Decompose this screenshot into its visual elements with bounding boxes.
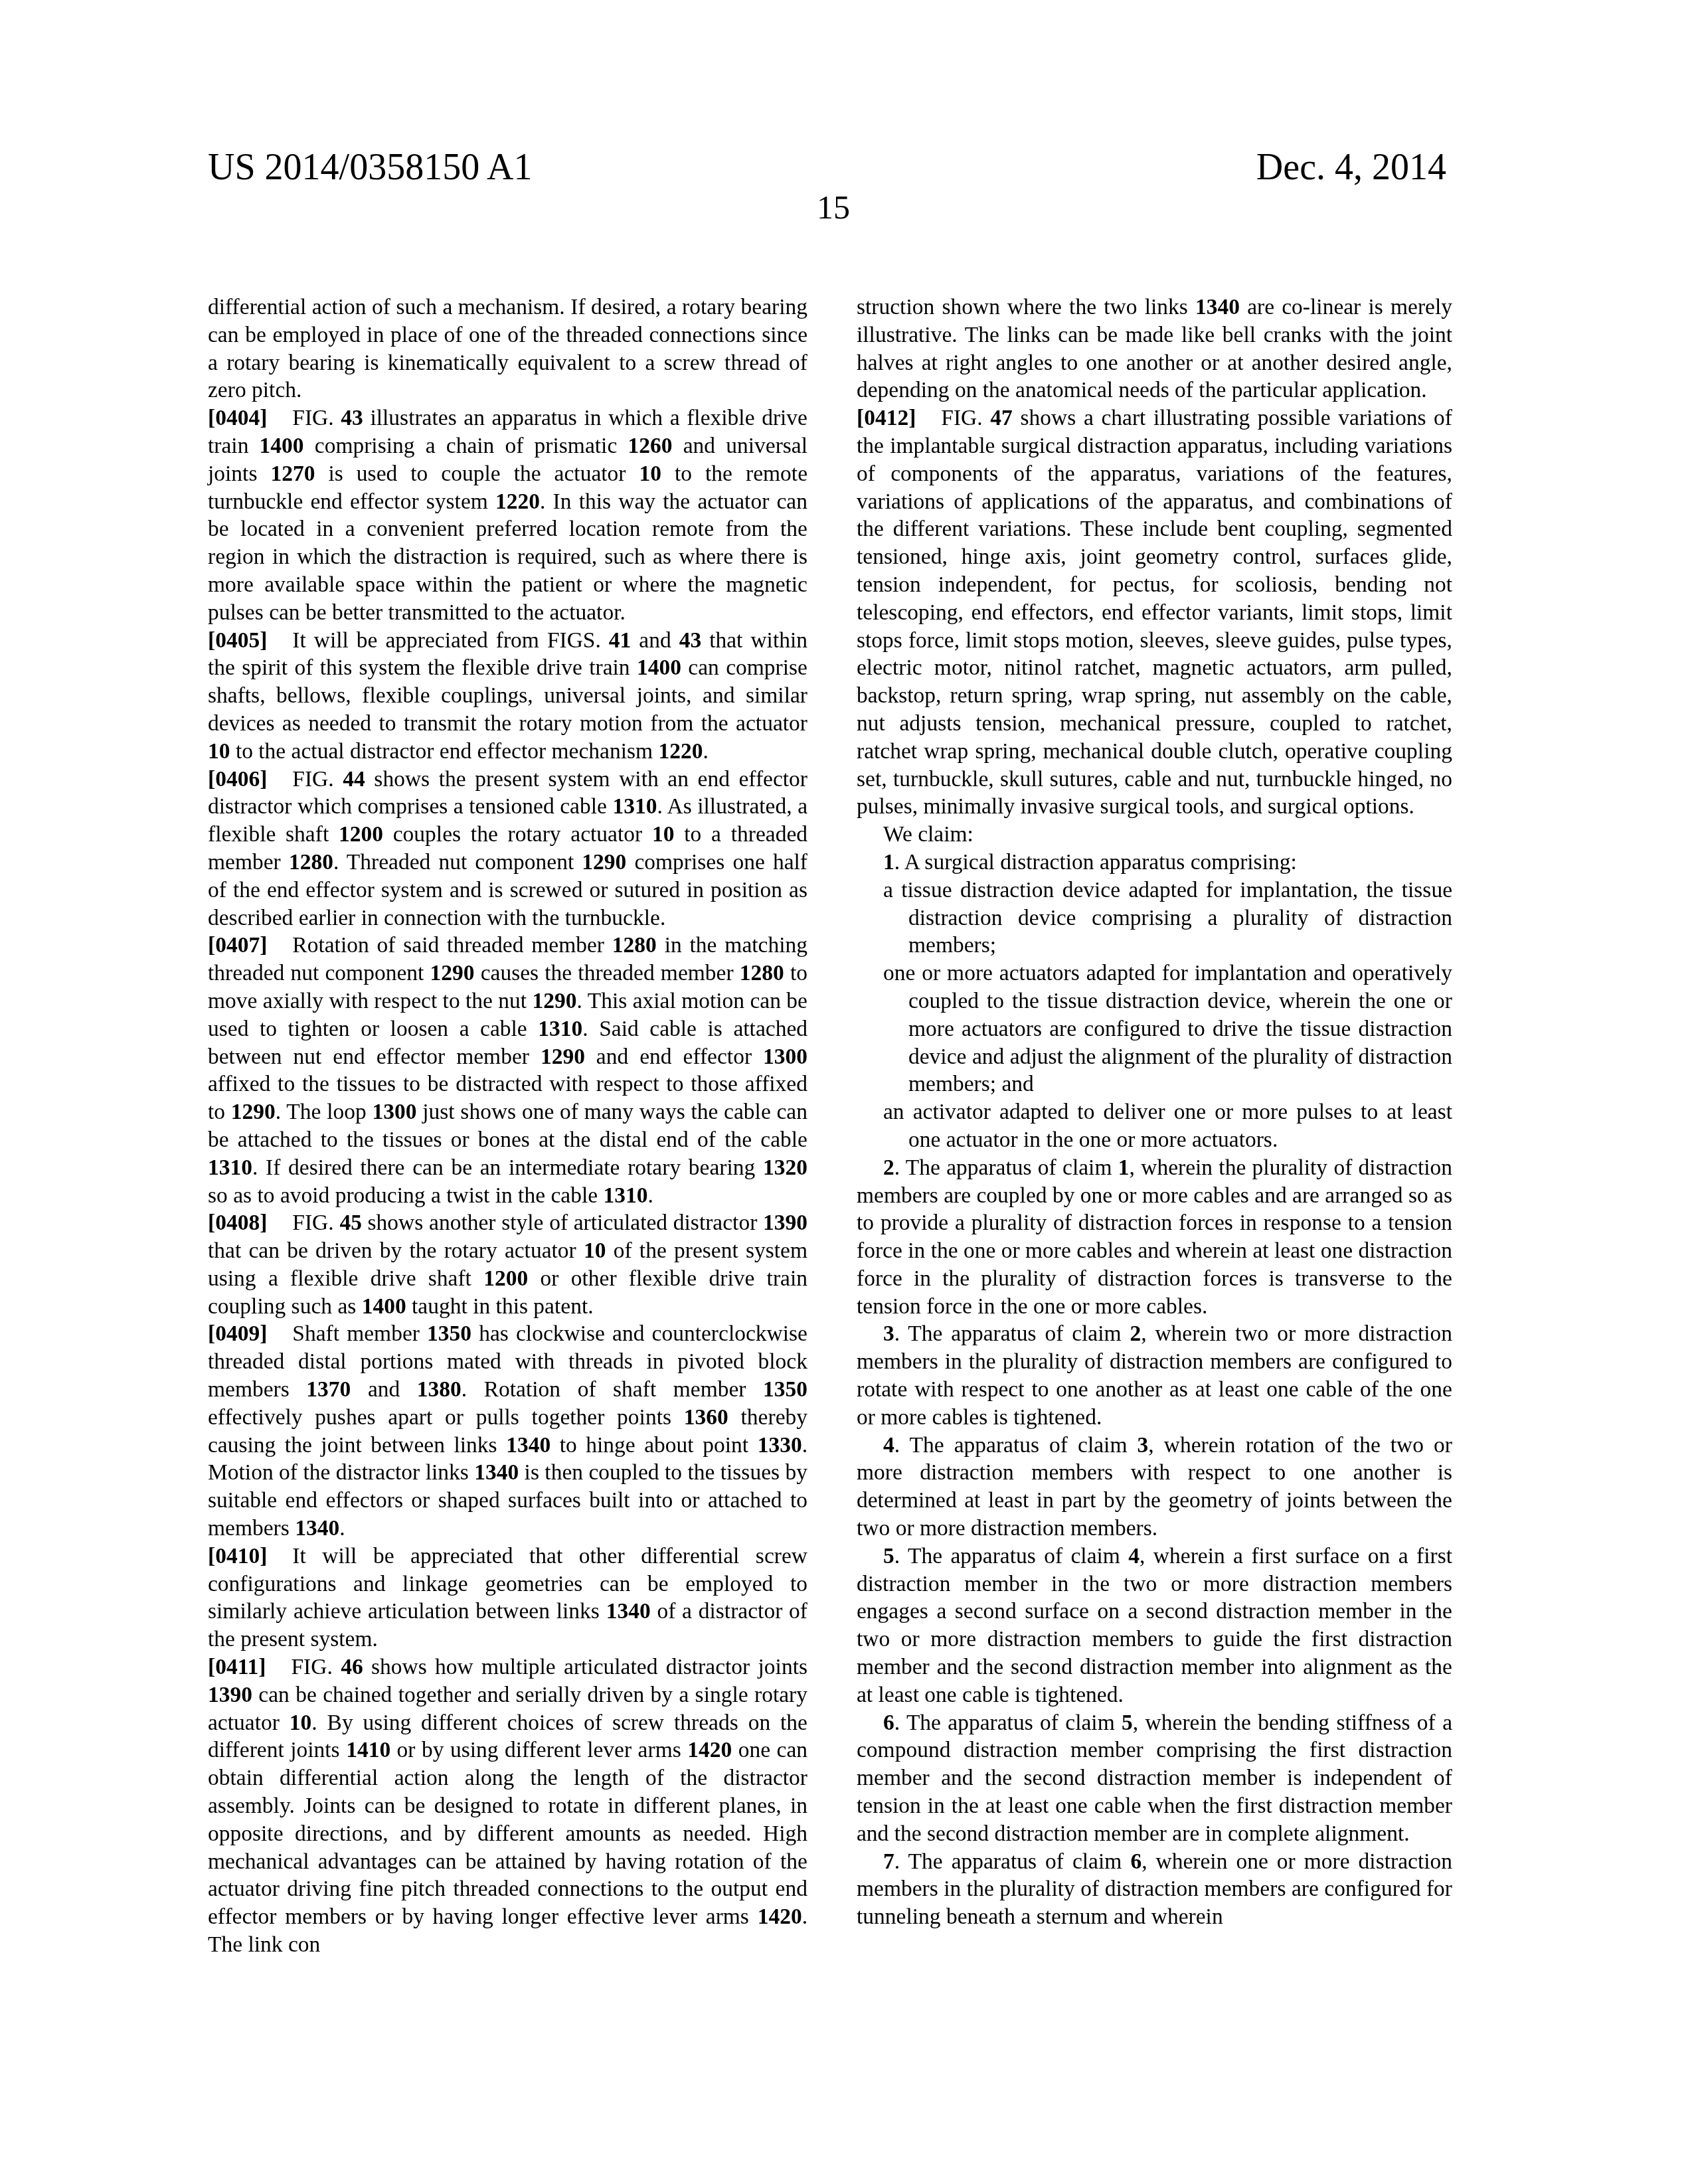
right-column: struction shown where the two links 1340… [857,294,1452,1931]
paragraph: differential action of such a mechanism.… [208,294,807,404]
text-run: shows a chart illustrating possible vari… [857,406,1452,819]
text-run: . If desired there can be an intermediat… [252,1155,763,1180]
paragraph: struction shown where the two links 1340… [857,294,1452,404]
text-run: . Threaded nut component [333,850,582,875]
claim-number: 2 [883,1155,894,1180]
claim-number: 1 [883,850,894,875]
text-run: . A surgical distraction apparatus compr… [894,850,1297,875]
reference-numeral: 1310 [612,794,657,819]
paragraph: [0406]FIG. 44 shows the present system w… [208,766,807,932]
claim-element: a tissue distraction device adapted for … [857,877,1452,960]
text-run: . The apparatus of claim [894,1544,1129,1568]
text-run: effectively pushes apart or pulls togeth… [208,1405,684,1430]
paragraph: [0405]It will be appreciated from FIGS. … [208,627,807,766]
text-run: . [647,1183,653,1208]
reference-numeral: 1400 [260,434,304,458]
text-run: . [339,1516,345,1541]
reference-numeral: 1340 [1195,295,1240,319]
text-run: and end effector [585,1045,763,1069]
claim: 1. A surgical distraction apparatus comp… [857,849,1452,1154]
reference-numeral: 1220 [495,489,540,514]
paragraph-number: [0410] [208,1544,267,1568]
reference-numeral: 44 [343,767,365,792]
claim-number: 3 [883,1321,894,1346]
claim-number: 7 [883,1849,894,1874]
reference-numeral: 43 [679,628,702,653]
reference-numeral: 1290 [430,961,475,985]
reference-numeral: 10 [652,822,675,847]
reference-numeral: 10 [639,462,661,486]
text-run: . The apparatus of claim [894,1155,1118,1180]
reference-numeral: 4 [1128,1544,1139,1568]
reference-numeral: 10 [290,1711,312,1735]
reference-numeral: 1280 [740,961,784,985]
reference-numeral: 1200 [483,1266,528,1291]
text-run: or by using different lever arms [390,1738,687,1762]
paragraph: [0411]FIG. 46 shows how multiple articul… [208,1653,807,1959]
reference-numeral: 1380 [417,1377,462,1402]
paragraph-number: [0404] [208,406,267,430]
reference-numeral: 1370 [306,1377,351,1402]
reference-numeral: 43 [341,406,363,430]
claims-intro: We claim: [857,821,1452,849]
reference-numeral: 6 [1130,1849,1141,1874]
reference-numeral: 1400 [362,1294,406,1319]
reference-numeral: 1390 [208,1683,252,1707]
text-run: one can obtain differential action along… [208,1738,807,1929]
reference-numeral: 46 [341,1655,363,1679]
claim: 6. The apparatus of claim 5, wherein the… [857,1709,1452,1848]
reference-numeral: 1410 [346,1738,390,1762]
reference-numeral: 1290 [533,989,577,1013]
reference-numeral: 1320 [763,1155,807,1180]
text-run: taught in this patent. [406,1294,594,1319]
claim-text: 2. The apparatus of claim 1, wherein the… [857,1154,1452,1321]
reference-numeral: 5 [1122,1711,1133,1735]
claim-text: 1. A surgical distraction apparatus comp… [857,849,1452,877]
claim-text: 6. The apparatus of claim 5, wherein the… [857,1709,1452,1848]
text-run: Rotation of said threaded member [292,933,612,958]
reference-numeral: 1310 [538,1017,582,1041]
reference-numeral: 1310 [208,1155,252,1180]
reference-numeral: 3 [1138,1433,1149,1458]
text-run: . The apparatus of claim [894,1711,1122,1735]
claim: 4. The apparatus of claim 3, wherein rot… [857,1432,1452,1543]
reference-numeral: 1280 [612,933,657,958]
claim-text: 7. The apparatus of claim 6, wherein one… [857,1848,1452,1931]
claim: 7. The apparatus of claim 6, wherein one… [857,1848,1452,1931]
text-run: causes the threaded member [475,961,740,985]
claim: 2. The apparatus of claim 1, wherein the… [857,1154,1452,1321]
paragraph: [0410]It will be appreciated that other … [208,1543,807,1653]
text-run: . The apparatus of claim [894,1433,1138,1458]
claim-text: 4. The apparatus of claim 3, wherein rot… [857,1432,1452,1543]
reference-numeral: 1350 [763,1377,807,1402]
left-column: differential action of such a mechanism.… [208,294,807,1959]
claim-number: 4 [883,1433,894,1458]
reference-numeral: 10 [208,739,230,764]
text-run: . The loop [276,1100,373,1124]
claim: 3. The apparatus of claim 2, wherein two… [857,1320,1452,1431]
text-run: to the actual distractor end effector me… [230,739,659,764]
paragraph-number: [0408] [208,1211,267,1235]
publication-date: Dec. 4, 2014 [1256,147,1446,187]
text-run: . The apparatus of claim [894,1321,1130,1346]
text-run: so as to avoid producing a twist in the … [208,1183,603,1208]
reference-numeral: 1360 [684,1405,728,1430]
claim-number: 6 [883,1711,894,1735]
claim-element: one or more actuators adapted for implan… [857,960,1452,1098]
reference-numeral: 45 [339,1211,362,1235]
text-run: differential action of such a mechanism.… [208,295,807,402]
reference-numeral: 1420 [687,1738,732,1762]
reference-numeral: 1290 [582,850,626,875]
paragraph-number: [0412] [857,406,916,430]
text-run: and [351,1377,416,1402]
text-run: It will be appreciated from FIGS. [292,628,609,653]
paragraph-number: [0407] [208,933,267,958]
reference-numeral: 1330 [758,1433,802,1458]
reference-numeral: 1 [1118,1155,1130,1180]
claim-text: 3. The apparatus of claim 2, wherein two… [857,1320,1452,1431]
reference-numeral: 1260 [628,434,672,458]
reference-numeral: 10 [584,1238,606,1263]
paragraph-number: [0411] [208,1655,266,1679]
paragraph: [0407]Rotation of said threaded member 1… [208,932,807,1209]
text-run: FIG. [291,1655,341,1679]
reference-numeral: 1290 [541,1045,585,1069]
text-run: couples the rotary actuator [383,822,652,847]
paragraph: [0412]FIG. 47 shows a chart illustrating… [857,404,1452,821]
text-run: Shaft member [292,1321,427,1346]
reference-numeral: 1340 [474,1460,519,1485]
reference-numeral: 41 [609,628,632,653]
reference-numeral: 1390 [763,1211,807,1235]
reference-numeral: 2 [1130,1321,1141,1346]
reference-numeral: 47 [990,406,1013,430]
text-run: struction shown where the two links [857,295,1195,319]
text-run: FIG. [292,1211,339,1235]
text-run: FIG. [941,406,990,430]
paragraph: [0409]Shaft member 1350 has clockwise an… [208,1320,807,1542]
paragraph: [0408]FIG. 45 shows another style of art… [208,1209,807,1320]
claim-number: 5 [883,1544,894,1568]
reference-numeral: 1280 [289,850,333,875]
text-run: that can be driven by the rotary actuato… [208,1238,584,1263]
claim: 5. The apparatus of claim 4, wherein a f… [857,1543,1452,1709]
text-run: . [703,739,708,764]
reference-numeral: 1350 [427,1321,471,1346]
reference-numeral: 1200 [339,822,383,847]
paragraph-number: [0405] [208,628,267,653]
reference-numeral: 1270 [270,462,315,486]
reference-numeral: 1290 [231,1100,276,1124]
text-run: is used to couple the actuator [315,462,639,486]
reference-numeral: 1340 [606,1599,651,1624]
claims-list: 1. A surgical distraction apparatus comp… [857,849,1452,1931]
reference-numeral: 1310 [603,1183,647,1208]
text-run: to hinge about point [550,1433,757,1458]
reference-numeral: 1400 [637,655,681,680]
paragraph-number: [0406] [208,767,267,792]
reference-numeral: 1420 [758,1904,802,1929]
text-run: . Rotation of shaft mem­ber [462,1377,763,1402]
text-run: and [631,628,679,653]
text-run: shows how multiple articulated distracto… [363,1655,807,1679]
text-run: comprising a chain of prismatic [304,434,628,458]
text-run: shows another style of articulated distr… [362,1211,763,1235]
publication-number: US 2014/0358150 A1 [208,147,533,187]
reference-numeral: 1300 [763,1045,807,1069]
text-run: . The apparatus of claim [894,1849,1131,1874]
paragraph: [0404]FIG. 43 illustrates an apparatus i… [208,404,807,626]
text-run: FIG. [292,406,341,430]
reference-numeral: 1340 [295,1516,339,1541]
reference-numeral: 1220 [658,739,703,764]
page-number: 15 [816,189,851,226]
reference-numeral: 1300 [372,1100,416,1124]
description-paragraphs: struction shown where the two links 1340… [857,294,1452,821]
claim-text: 5. The apparatus of claim 4, wherein a f… [857,1543,1452,1709]
claim-element: an activator adapted to deliver one or m… [857,1098,1452,1154]
text-run: FIG. [292,767,343,792]
paragraph-number: [0409] [208,1321,267,1346]
reference-numeral: 1340 [506,1433,550,1458]
